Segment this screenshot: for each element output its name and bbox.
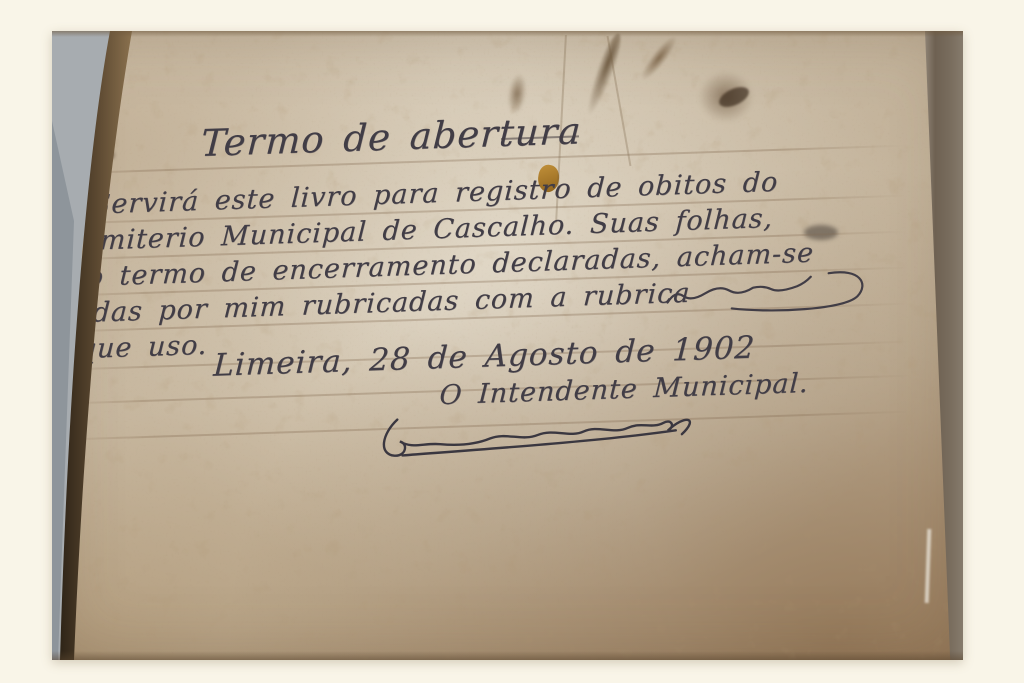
rubric-flourish-icon [660,264,877,323]
page-edge-left [52,31,172,660]
document-photo: Termo de abertura Servirá este livro par… [52,31,963,660]
page-bottom-shadow [52,651,963,660]
handwritten-text-layer: Termo de abertura Servirá este livro par… [55,97,959,556]
signature-flourish-icon [373,401,720,464]
photo-backdrop: Termo de abertura Servirá este livro par… [0,0,1024,683]
page-top-shadow [52,31,963,37]
